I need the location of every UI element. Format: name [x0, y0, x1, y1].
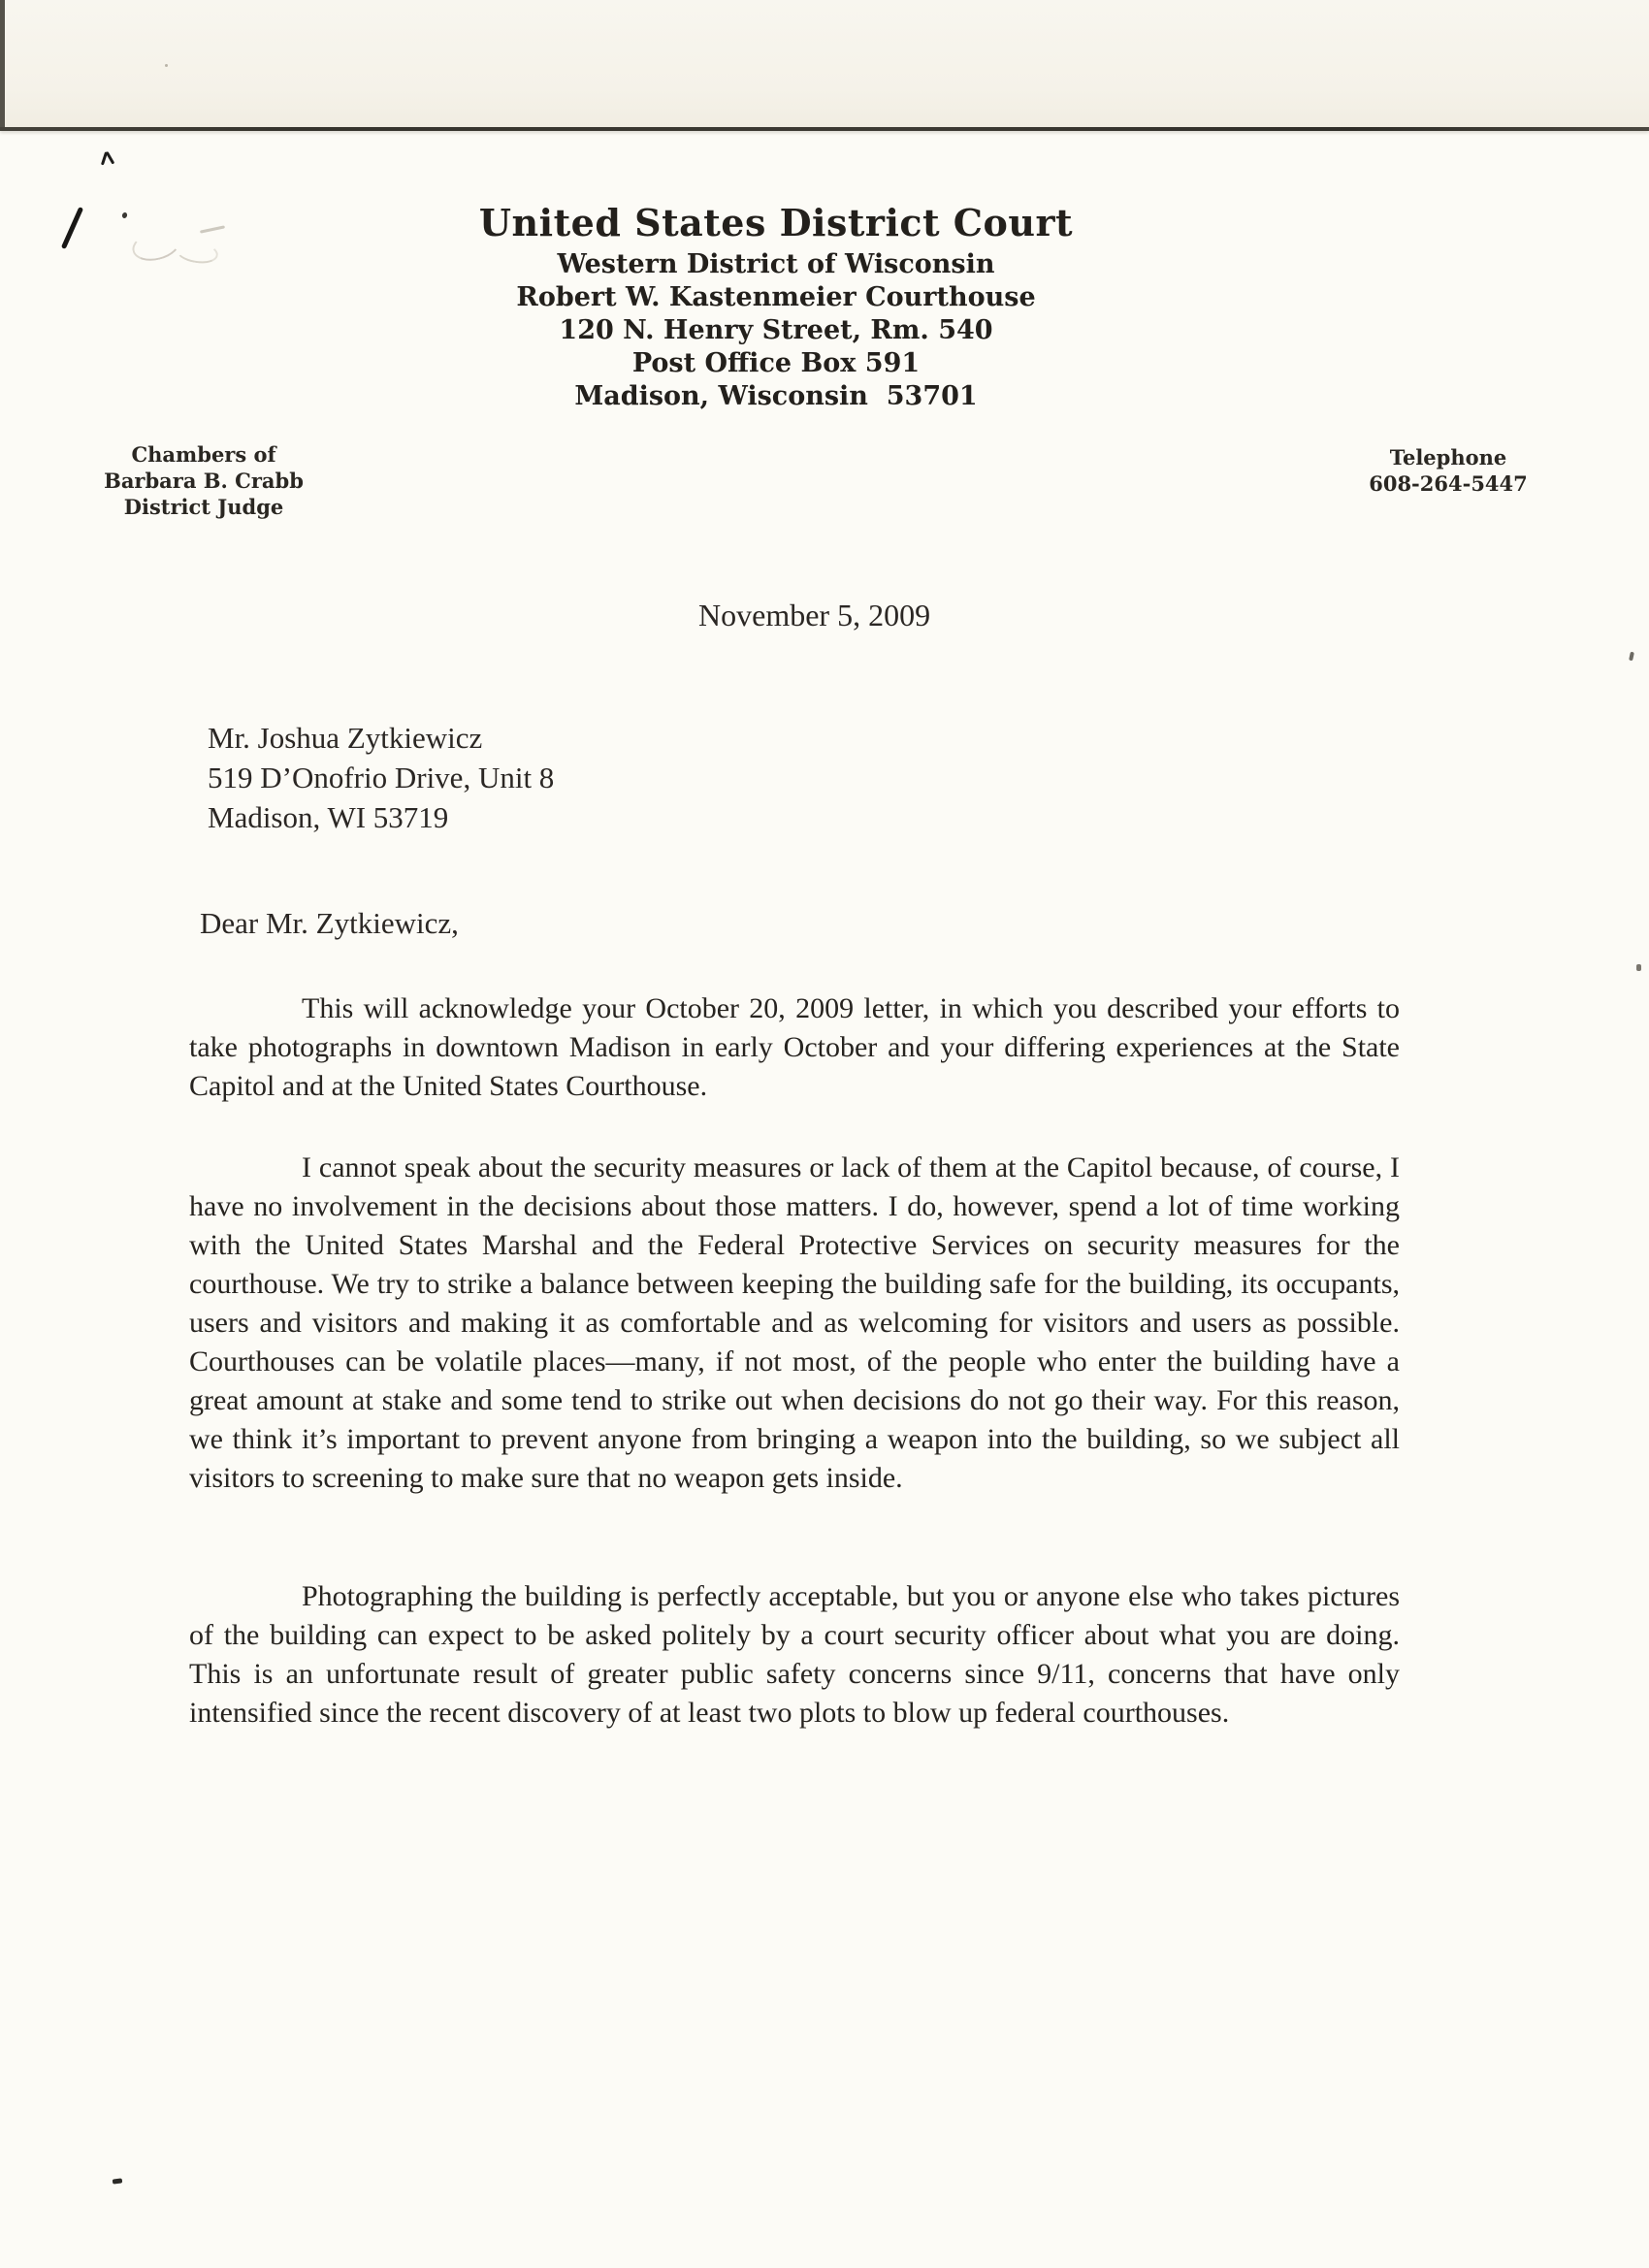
- recipient-address-block: Mr. Joshua Zytkiewicz 519 D’Onofrio Driv…: [208, 718, 554, 837]
- recipient-street: 519 D’Onofrio Drive, Unit 8: [208, 758, 554, 797]
- body-paragraph-2: I cannot speak about the security measur…: [189, 1149, 1400, 1498]
- letterhead-court-name: United States District Court: [0, 202, 1552, 244]
- judge-name: Barbara B. Crabb: [82, 468, 325, 494]
- letterhead-district: Western District of Wisconsin: [0, 248, 1552, 281]
- telephone-block: Telephone 608-264-5447: [1327, 444, 1569, 497]
- letterhead-street: 120 N. Henry Street, Rm. 540: [0, 314, 1552, 347]
- letter-date: November 5, 2009: [698, 598, 930, 633]
- salutation: Dear Mr. Zytkiewicz,: [200, 906, 459, 941]
- letterhead-city-line: Madison, Wisconsin 53701: [0, 380, 1552, 413]
- scanner-edge-line: [0, 127, 1649, 131]
- scanned-letter-page: United States District Court Western Dis…: [0, 0, 1649, 2268]
- pen-caret-mark: [99, 150, 115, 166]
- scan-speck: [1629, 652, 1634, 662]
- body-paragraph-3: Photographing the building is perfectly …: [189, 1577, 1400, 1733]
- chambers-block: Chambers of Barbara B. Crabb District Ju…: [82, 441, 325, 520]
- telephone-number: 608-264-5447: [1327, 470, 1569, 497]
- recipient-name: Mr. Joshua Zytkiewicz: [208, 718, 554, 758]
- telephone-label: Telephone: [1327, 444, 1569, 470]
- letterhead: United States District Court Western Dis…: [0, 202, 1552, 413]
- letterhead-building: Robert W. Kastenmeier Courthouse: [0, 281, 1552, 314]
- scan-speck: [1636, 964, 1641, 971]
- body-paragraph-1: This will acknowledge your October 20, 2…: [189, 989, 1400, 1106]
- scanner-edge-band: [0, 0, 1649, 127]
- letterhead-po-box: Post Office Box 591: [0, 347, 1552, 380]
- judge-title: District Judge: [82, 494, 325, 520]
- scan-speck: [113, 2178, 123, 2184]
- chambers-line: Chambers of: [82, 441, 325, 468]
- recipient-city: Madison, WI 53719: [208, 797, 554, 837]
- scan-speck: [165, 64, 168, 67]
